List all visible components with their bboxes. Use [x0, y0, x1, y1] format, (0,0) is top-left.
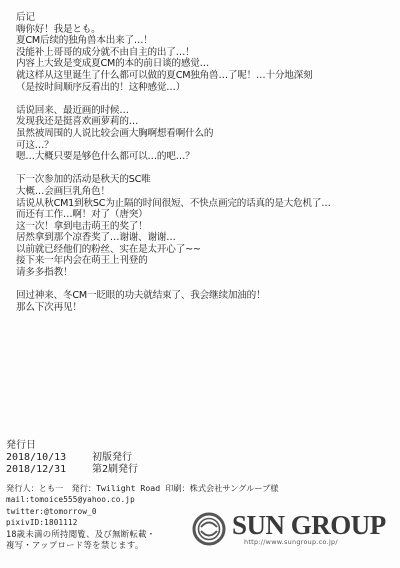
text-line: 居然拿到那个凉香奖了…谢谢、谢谢… — [16, 232, 331, 244]
text-line: 而还有工作…啊！对了（唐突） — [16, 209, 331, 221]
paragraph-gap — [16, 279, 331, 291]
edition-label: 第2刷発行 — [92, 464, 138, 475]
edition-date: 2018/10/13 — [6, 452, 86, 464]
sun-group-logo: SUN GROUP http://www.sungroup.co.jp/ — [192, 510, 392, 550]
text-line: 没能补上哥哥的成分就不由自主的出了…！ — [16, 47, 331, 59]
edition-row: 2018/10/13 初版発行 — [6, 452, 278, 464]
publisher-line: 発行人：とも一 発行：Twilight Road 印刷：株式会社サングループ様 — [6, 482, 278, 494]
text-line: 那么下次再见！ — [16, 302, 331, 314]
text-line: 请多多指教！ — [16, 267, 331, 279]
text-line: 接下来一年内会在萌王上刊登的 — [16, 255, 331, 267]
text-line: 内容上大致是变成夏CM的本的前日谈的感觉… — [16, 58, 331, 70]
edition-date: 2018/12/31 — [6, 464, 86, 476]
afterword: 后记 嗨你好！我是とも。 夏CM后续的独角兽本出来了…！ 没能补上哥哥的成分就不… — [16, 12, 331, 313]
sun-group-mark-icon — [192, 512, 226, 546]
mail-address: mail:tomoice555@yahoo.co.jp — [6, 494, 278, 506]
text-line: （是按时间顺序反看出的！这种感觉…） — [16, 82, 331, 94]
afterword-heading: 后记 — [16, 12, 331, 24]
text-line: 发现我还是挺喜欢画萝莉的… — [16, 116, 331, 128]
text-line: 大概…会画巨乳角色！ — [16, 186, 331, 198]
text-line: 下一次参加的活动是秋天的SC唯 — [16, 174, 331, 186]
text-line: 回过神来、冬CM一眨眼的功夫就结束了、我会继续加油的！ — [16, 290, 331, 302]
text-line: 夏CM后续的独角兽本出来了…！ — [16, 35, 331, 47]
text-line: 以前就已经他们的粉丝、实在是太开心了~~ — [16, 244, 331, 256]
text-line: 嗨你好！我是とも。 — [16, 24, 331, 36]
paragraph-gap — [16, 163, 331, 175]
text-line: 虽然被周围的人说比较会画大胸啊想看啊什么的 — [16, 128, 331, 140]
edition-label: 初版発行 — [92, 452, 132, 463]
text-line: 话说回来、最近画的时候… — [16, 105, 331, 117]
text-line: 就这样从这里诞生了什么都可以做的夏CM独角兽…了呢！…十分地深刻 — [16, 70, 331, 82]
colophon-title: 発行日 — [6, 440, 278, 452]
sun-group-wordmark: SUN GROUP — [232, 510, 386, 540]
text-line: 嗯…大概只要是够色什么都可以…的吧…？ — [16, 151, 331, 163]
text-line: 可这…？ — [16, 140, 331, 152]
edition-row: 2018/12/31 第2刷発行 — [6, 464, 278, 476]
sun-group-url: http://www.sungroup.co.jp/ — [244, 538, 338, 546]
text-line: 这一次！拿到电击萌王的奖了！ — [16, 221, 331, 233]
text-line: 话说从秋CM1到秋SC为止隔的时间很短、不快点画完的话真的是大危机了… — [16, 198, 331, 210]
paragraph-gap — [16, 93, 331, 105]
